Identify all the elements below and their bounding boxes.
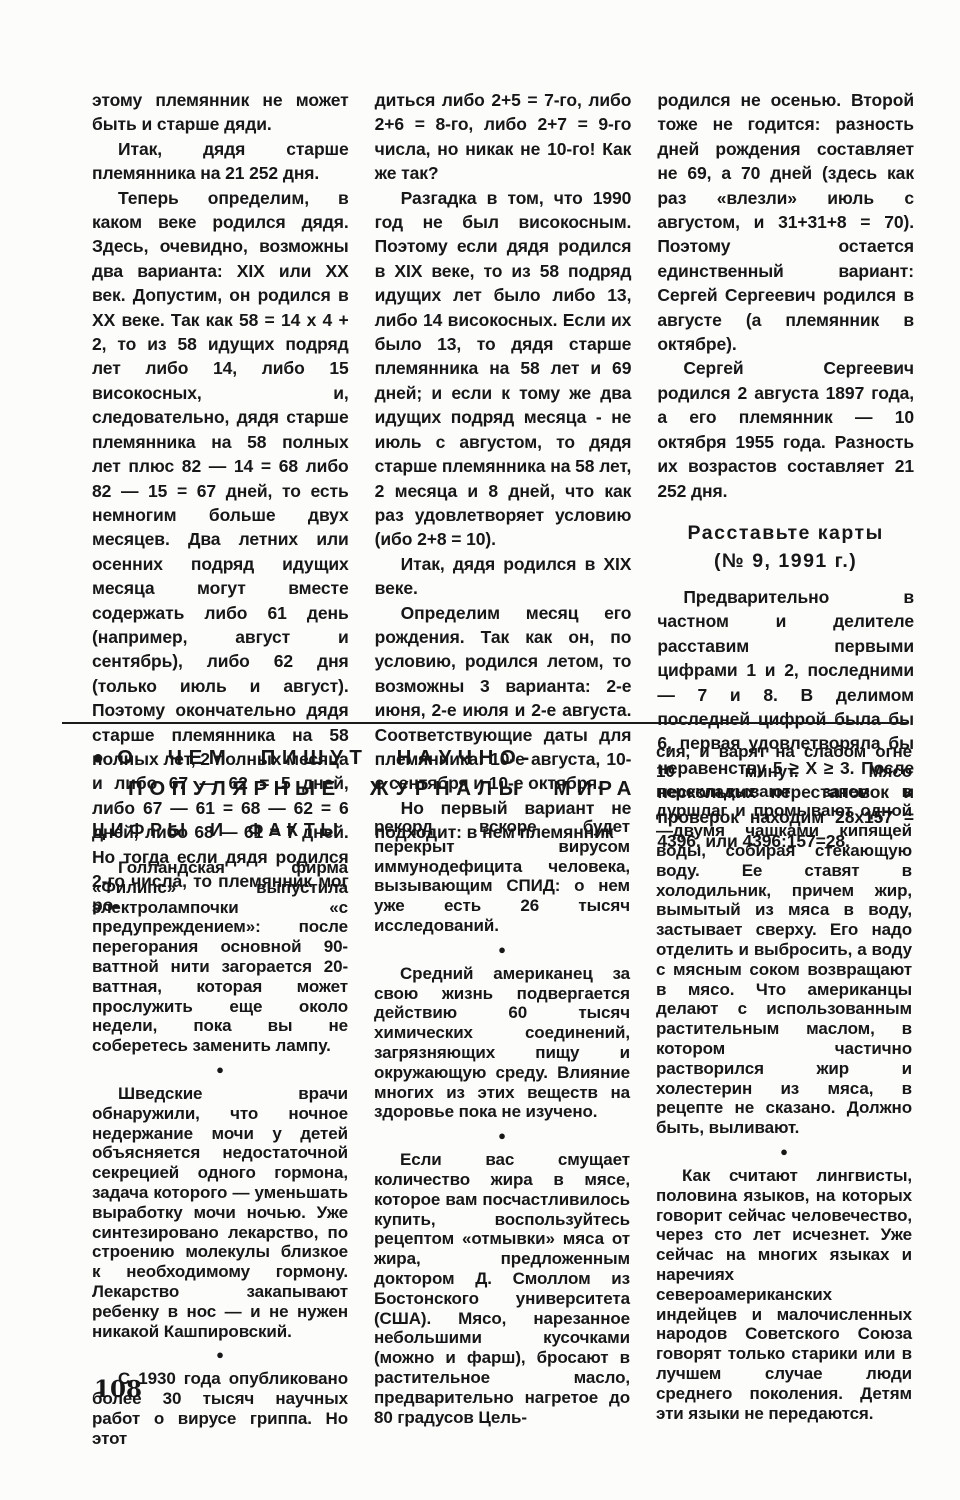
paragraph: Сергей Сергеевич родился 2 августа 1897 … (657, 356, 914, 502)
paragraph: диться либо 2+5 = 7-го, либо 2+6 = 8-го,… (375, 88, 632, 186)
answer-heading-line: Расставьте карты (657, 519, 914, 547)
answer-heading-line: (№ 9, 1991 г.) (657, 547, 914, 575)
digest-header-line1: ● О ЧЕМ ПИШУТ НАУЧНО- (92, 742, 630, 773)
dot-separator-icon: ● (92, 1341, 348, 1369)
digest-header-text1: О ЧЕМ ПИШУТ НАУЧНО- (117, 742, 536, 773)
digest-column-2: рекорд вскоре будет перекрыт вирусом имм… (374, 817, 630, 1449)
dot-separator-icon: ● (656, 1138, 912, 1166)
digest-two-columns: ЦИФРЫ И ФАКТЫГолландская фирма «Филипс» … (92, 817, 630, 1449)
paragraph: Голландская фирма «Филипс» выпустила эле… (92, 858, 348, 1056)
paragraph: Как считают лингвисты, половина языков, … (656, 1166, 912, 1423)
digest-section-header: ● О ЧЕМ ПИШУТ НАУЧНО- ПОПУЛЯРНЫЕ ЖУРНАЛЫ… (92, 742, 630, 804)
paragraph: Разгадка в том, что 1990 год не был висо… (375, 186, 632, 552)
digest-column-1: ЦИФРЫ И ФАКТЫГолландская фирма «Филипс» … (92, 817, 348, 1449)
page-number: 108 (94, 1376, 142, 1403)
dot-separator-icon: ● (374, 1122, 630, 1150)
paragraph: сия, и варят на слабом огне 10 минут. Мя… (656, 742, 912, 1138)
paragraph: Итак, дядя родился в XIX веке. (375, 552, 632, 601)
paragraph: Средний американец за свою жизнь подверг… (374, 964, 630, 1122)
paragraph: Итак, дядя старше племянника на 21 252 д… (92, 137, 349, 186)
section-divider-rule (62, 722, 907, 724)
digest-section: ● О ЧЕМ ПИШУТ НАУЧНО- ПОПУЛЯРНЫЕ ЖУРНАЛЫ… (92, 742, 914, 1449)
digest-header-text2: ПОПУЛЯРНЫЕ ЖУРНАЛЫ МИРА (92, 773, 630, 804)
dot-separator-icon: ● (92, 1056, 348, 1084)
magazine-page: { "page": { "number": "108", "paper_colo… (0, 0, 960, 1500)
digest-column-3: сия, и варят на слабом огне 10 минут. Мя… (656, 742, 912, 1449)
paragraph: рекорд вскоре будет перекрыт вирусом имм… (374, 817, 630, 936)
paragraph: родился не осенью. Второй тоже не годитс… (657, 88, 914, 356)
digest-left-area: ● О ЧЕМ ПИШУТ НАУЧНО- ПОПУЛЯРНЫЕ ЖУРНАЛЫ… (92, 742, 630, 1449)
dot-separator-icon: ● (374, 936, 630, 964)
paragraph: Шведские врачи обнаружили, что ночное не… (92, 1084, 348, 1341)
paragraph: этому племянник не может быть и старше д… (92, 88, 349, 137)
column-heading: ЦИФРЫ И ФАКТЫ (92, 820, 348, 841)
answer-heading: Расставьте карты(№ 9, 1991 г.) (657, 519, 914, 575)
bullet-icon: ● (92, 748, 104, 768)
paragraph: Если вас смущает количество жира в мясе,… (374, 1150, 630, 1427)
